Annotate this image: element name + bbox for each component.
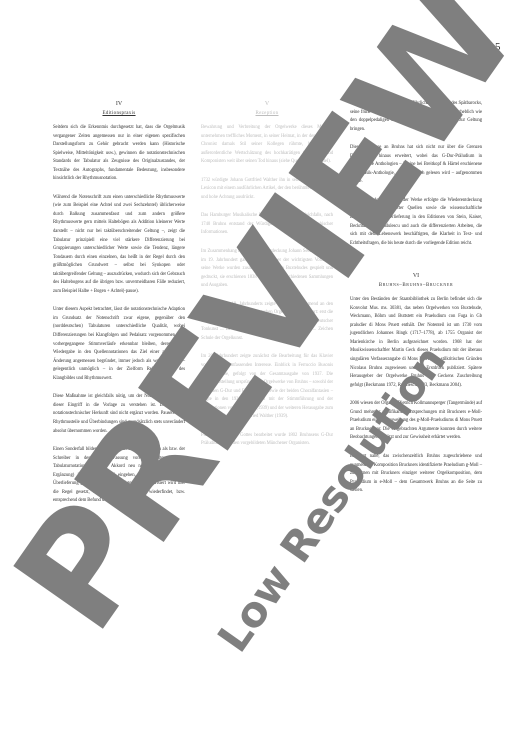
paragraph: Während die Notenschrift zum einen unter…: [53, 194, 185, 297]
paragraph: Unter diesem Aspekt betrachtet, lässt di…: [53, 306, 185, 383]
section-number: IV: [53, 100, 185, 109]
paragraph: Einen Sonderfall bilden die Quellen, in …: [53, 446, 185, 506]
page-number: 5: [495, 41, 501, 53]
section-number: V: [201, 100, 333, 109]
paragraph: Unter den Beständen der Staatsbibliothek…: [350, 296, 482, 390]
column-middle: V Rezeption Bewahrung und Verbreitung de…: [201, 100, 333, 459]
column-left: IV Editionspraxis Seitdem sich die Erken…: [53, 100, 185, 516]
paragraph: Seitdem sich die Erkenntnis durchgesetzt…: [53, 124, 185, 184]
paragraph: Das Hamburger Musikalische Lexicon erwäh…: [201, 212, 333, 238]
paragraph: Im Zusammenhang mit der Wiederentdeckung…: [201, 248, 333, 291]
section-title: Bruhns–Bruhns–Bruckner: [350, 281, 482, 290]
paragraph: Diese Maßnahme ist gleichfalls nötig, um…: [53, 393, 185, 436]
paragraph: Im 20. Jahrhundert zeigte zunächst die B…: [201, 353, 333, 421]
section-title: Rezeption: [201, 109, 333, 118]
section-number: VI: [350, 272, 482, 281]
section-title: Editionspraxis: [53, 109, 185, 118]
paragraph: 1732 würdigte Johann Gottfried Walther i…: [201, 177, 333, 203]
paragraph: Im Verlauf des 19. Jahrhunderts zeigte m…: [201, 301, 333, 344]
paragraph: 2006 wiesen der Organist Dietrich Kollma…: [350, 400, 482, 443]
column-right: ... weit verbreitet, eine ebenso ausführ…: [350, 100, 482, 506]
paragraph: Dieses Interesse an Bruhns hat sich nich…: [350, 144, 482, 187]
paragraph: Bewahrung und Verbreitung der Orgelwerke…: [201, 124, 333, 167]
paragraph: Für das Concertato Gottes bearbeitet wur…: [201, 432, 333, 449]
paragraph: Seit der Wiederentdeckung der Werke erfo…: [350, 197, 482, 248]
paragraph: ... weit verbreitet, eine ebenso ausführ…: [350, 100, 482, 134]
paragraph: Es liegt nahe, das zwischenzeitlich Bruh…: [350, 453, 482, 496]
